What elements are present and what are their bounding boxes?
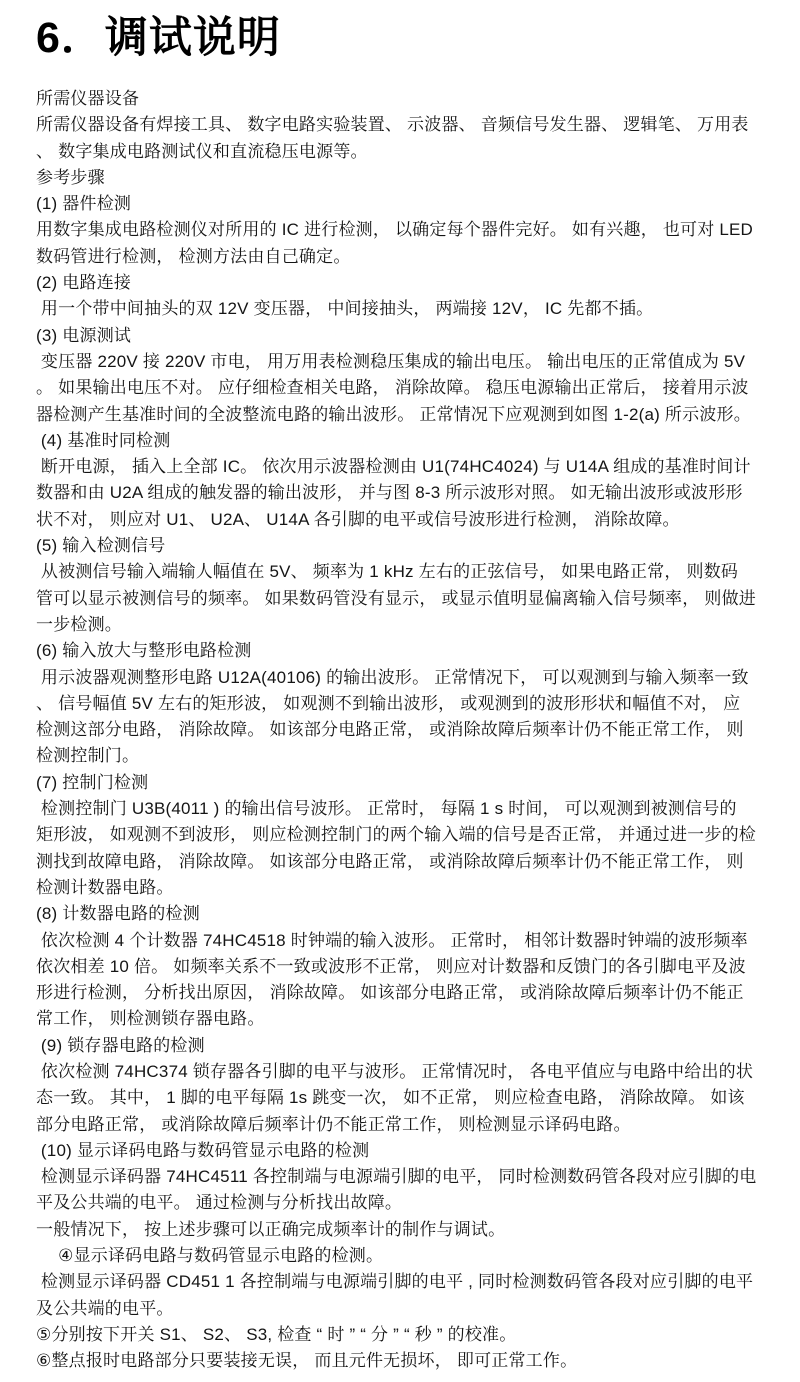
document-page: 6．调试说明 所需仪器设备所需仪器设备有焊接工具、 数字电路实验装置、 示波器、… bbox=[0, 0, 800, 1382]
text-line: (8) 计数器电路的检测 bbox=[36, 901, 768, 927]
text-line: ⑥整点报时电路部分只要装接无误， 而且元件无损坏， 即可正常工作。 bbox=[36, 1348, 768, 1374]
text-line: 检测控制门 U3B(4011 ) 的输出信号波形。 正常时， 每隔 1 s 时间… bbox=[36, 796, 768, 822]
text-line: (2) 电路连接 bbox=[36, 270, 768, 296]
text-line: (9) 锁存器电路的检测 bbox=[36, 1033, 768, 1059]
text-line: 参考步骤 bbox=[36, 165, 768, 191]
text-line: 、 信号幅值 5V 左右的矩形波， 如观测不到输出波形， 或观测到的波形形状和幅… bbox=[36, 691, 768, 717]
text-line: 依次相差 10 倍。 如频率关系不一致或波形不正常， 则应对计数器和反馈门的各引… bbox=[36, 954, 768, 980]
text-line: 一步检测。 bbox=[36, 612, 768, 638]
text-line: 所需仪器设备 bbox=[36, 86, 768, 112]
document-title: 6．调试说明 bbox=[36, 12, 768, 64]
text-line: 态一致。 其中， 1 脚的电平每隔 1s 跳变一次， 如不正常， 则应检查电路，… bbox=[36, 1085, 768, 1111]
text-line: 器检测产生基准时间的全波整流电路的输出波形。 正常情况下应观测到如图 1-2(a… bbox=[36, 402, 768, 428]
text-line: (3) 电源测试 bbox=[36, 323, 768, 349]
text-line: (4) 基准时同检测 bbox=[36, 428, 768, 454]
text-line: 依次检测 4 个计数器 74HC4518 时钟端的输入波形。 正常时， 相邻计数… bbox=[36, 928, 768, 954]
text-line: 依次检测 74HC374 锁存器各引脚的电平与波形。 正常情况时， 各电平值应与… bbox=[36, 1059, 768, 1085]
text-line: 从被测信号输入端输人幅值在 5V、 频率为 1 kHz 左右的正弦信号， 如果电… bbox=[36, 559, 768, 585]
text-line: (10) 显示译码电路与数码管显示电路的检测 bbox=[36, 1138, 768, 1164]
text-line: 检测计数器电路。 bbox=[36, 875, 768, 901]
text-line: 形进行检测， 分析找出原因， 消除故障。 如该部分电路正常， 或消除故障后频率计… bbox=[36, 980, 768, 1006]
text-line: 检测这部分电路， 消除故障。 如该部分电路正常， 或消除故障后频率计仍不能正常工… bbox=[36, 717, 768, 743]
text-line: 用一个带中间抽头的双 12V 变压器， 中间接抽头， 两端接 12V， IC 先… bbox=[36, 296, 768, 322]
text-line: 数器和由 U2A 组成的触发器的输出波形， 并与图 8-3 所示波形对照。 如无… bbox=[36, 480, 768, 506]
text-line: 检测显示译码器 74HC4511 各控制端与电源端引脚的电平， 同时检测数码管各… bbox=[36, 1164, 768, 1190]
text-line: 测找到故障电路， 消除故障。 如该部分电路正常， 或消除故障后频率计仍不能正常工… bbox=[36, 849, 768, 875]
text-line: 检测控制门。 bbox=[36, 743, 768, 769]
text-line: 平及公共端的电平。 通过检测与分析找出故障。 bbox=[36, 1190, 768, 1216]
text-line: 变压器 220V 接 220V 市电， 用万用表检测稳压集成的输出电压。 输出电… bbox=[36, 349, 768, 375]
text-line: 状不对， 则应对 U1、 U2A、 U14A 各引脚的电平或信号波形进行检测， … bbox=[36, 507, 768, 533]
text-line: ⑤分别按下开关 S1、 S2、 S3, 检查 “ 时 ” “ 分 ” “ 秒 ”… bbox=[36, 1322, 768, 1348]
text-line: (1) 器件检测 bbox=[36, 191, 768, 217]
text-line: 检测显示译码器 CD451 1 各控制端与电源端引脚的电平 , 同时检测数码管各… bbox=[36, 1269, 768, 1295]
text-line: 一般情况下， 按上述步骤可以正确完成频率计的制作与调试。 bbox=[36, 1217, 768, 1243]
text-line: 用示波器观测整形电路 U12A(40106) 的输出波形。 正常情况下， 可以观… bbox=[36, 665, 768, 691]
text-line: 用数字集成电路检测仪对所用的 IC 进行检测， 以确定每个器件完好。 如有兴趣，… bbox=[36, 217, 768, 243]
text-line: ④显示译码电路与数码管显示电路的检测。 bbox=[36, 1243, 768, 1269]
text-line: 及公共端的电平。 bbox=[36, 1296, 768, 1322]
text-line: 。 如果输出电压不对。 应仔细检查相关电路， 消除故障。 稳压电源输出正常后， … bbox=[36, 375, 768, 401]
text-line: 、 数字集成电路测试仪和直流稳压电源等。 bbox=[36, 139, 768, 165]
text-line: 所需仪器设备有焊接工具、 数字电路实验装置、 示波器、 音频信号发生器、 逻辑笔… bbox=[36, 112, 768, 138]
text-line: (7) 控制门检测 bbox=[36, 770, 768, 796]
document-body: 所需仪器设备所需仪器设备有焊接工具、 数字电路实验装置、 示波器、 音频信号发生… bbox=[36, 86, 768, 1375]
text-line: (5) 输入检测信号 bbox=[36, 533, 768, 559]
text-line: 矩形波， 如观测不到波形， 则应检测控制门的两个输入端的信号是否正常， 并通过进… bbox=[36, 822, 768, 848]
text-line: 数码管进行检测， 检测方法由自己确定。 bbox=[36, 244, 768, 270]
text-line: 管可以显示被测信号的频率。 如果数码管没有显示， 或显示值明显偏离输入信号频率，… bbox=[36, 586, 768, 612]
text-line: (6) 输入放大与整形电路检测 bbox=[36, 638, 768, 664]
text-line: 部分电路正常， 或消除故障后频率计仍不能正常工作， 则检测显示译码电路。 bbox=[36, 1112, 768, 1138]
text-line: 断开电源， 插入上全部 IC。 依次用示波器检测由 U1(74HC4024) 与… bbox=[36, 454, 768, 480]
text-line: 常工作， 则检测锁存器电路。 bbox=[36, 1006, 768, 1032]
